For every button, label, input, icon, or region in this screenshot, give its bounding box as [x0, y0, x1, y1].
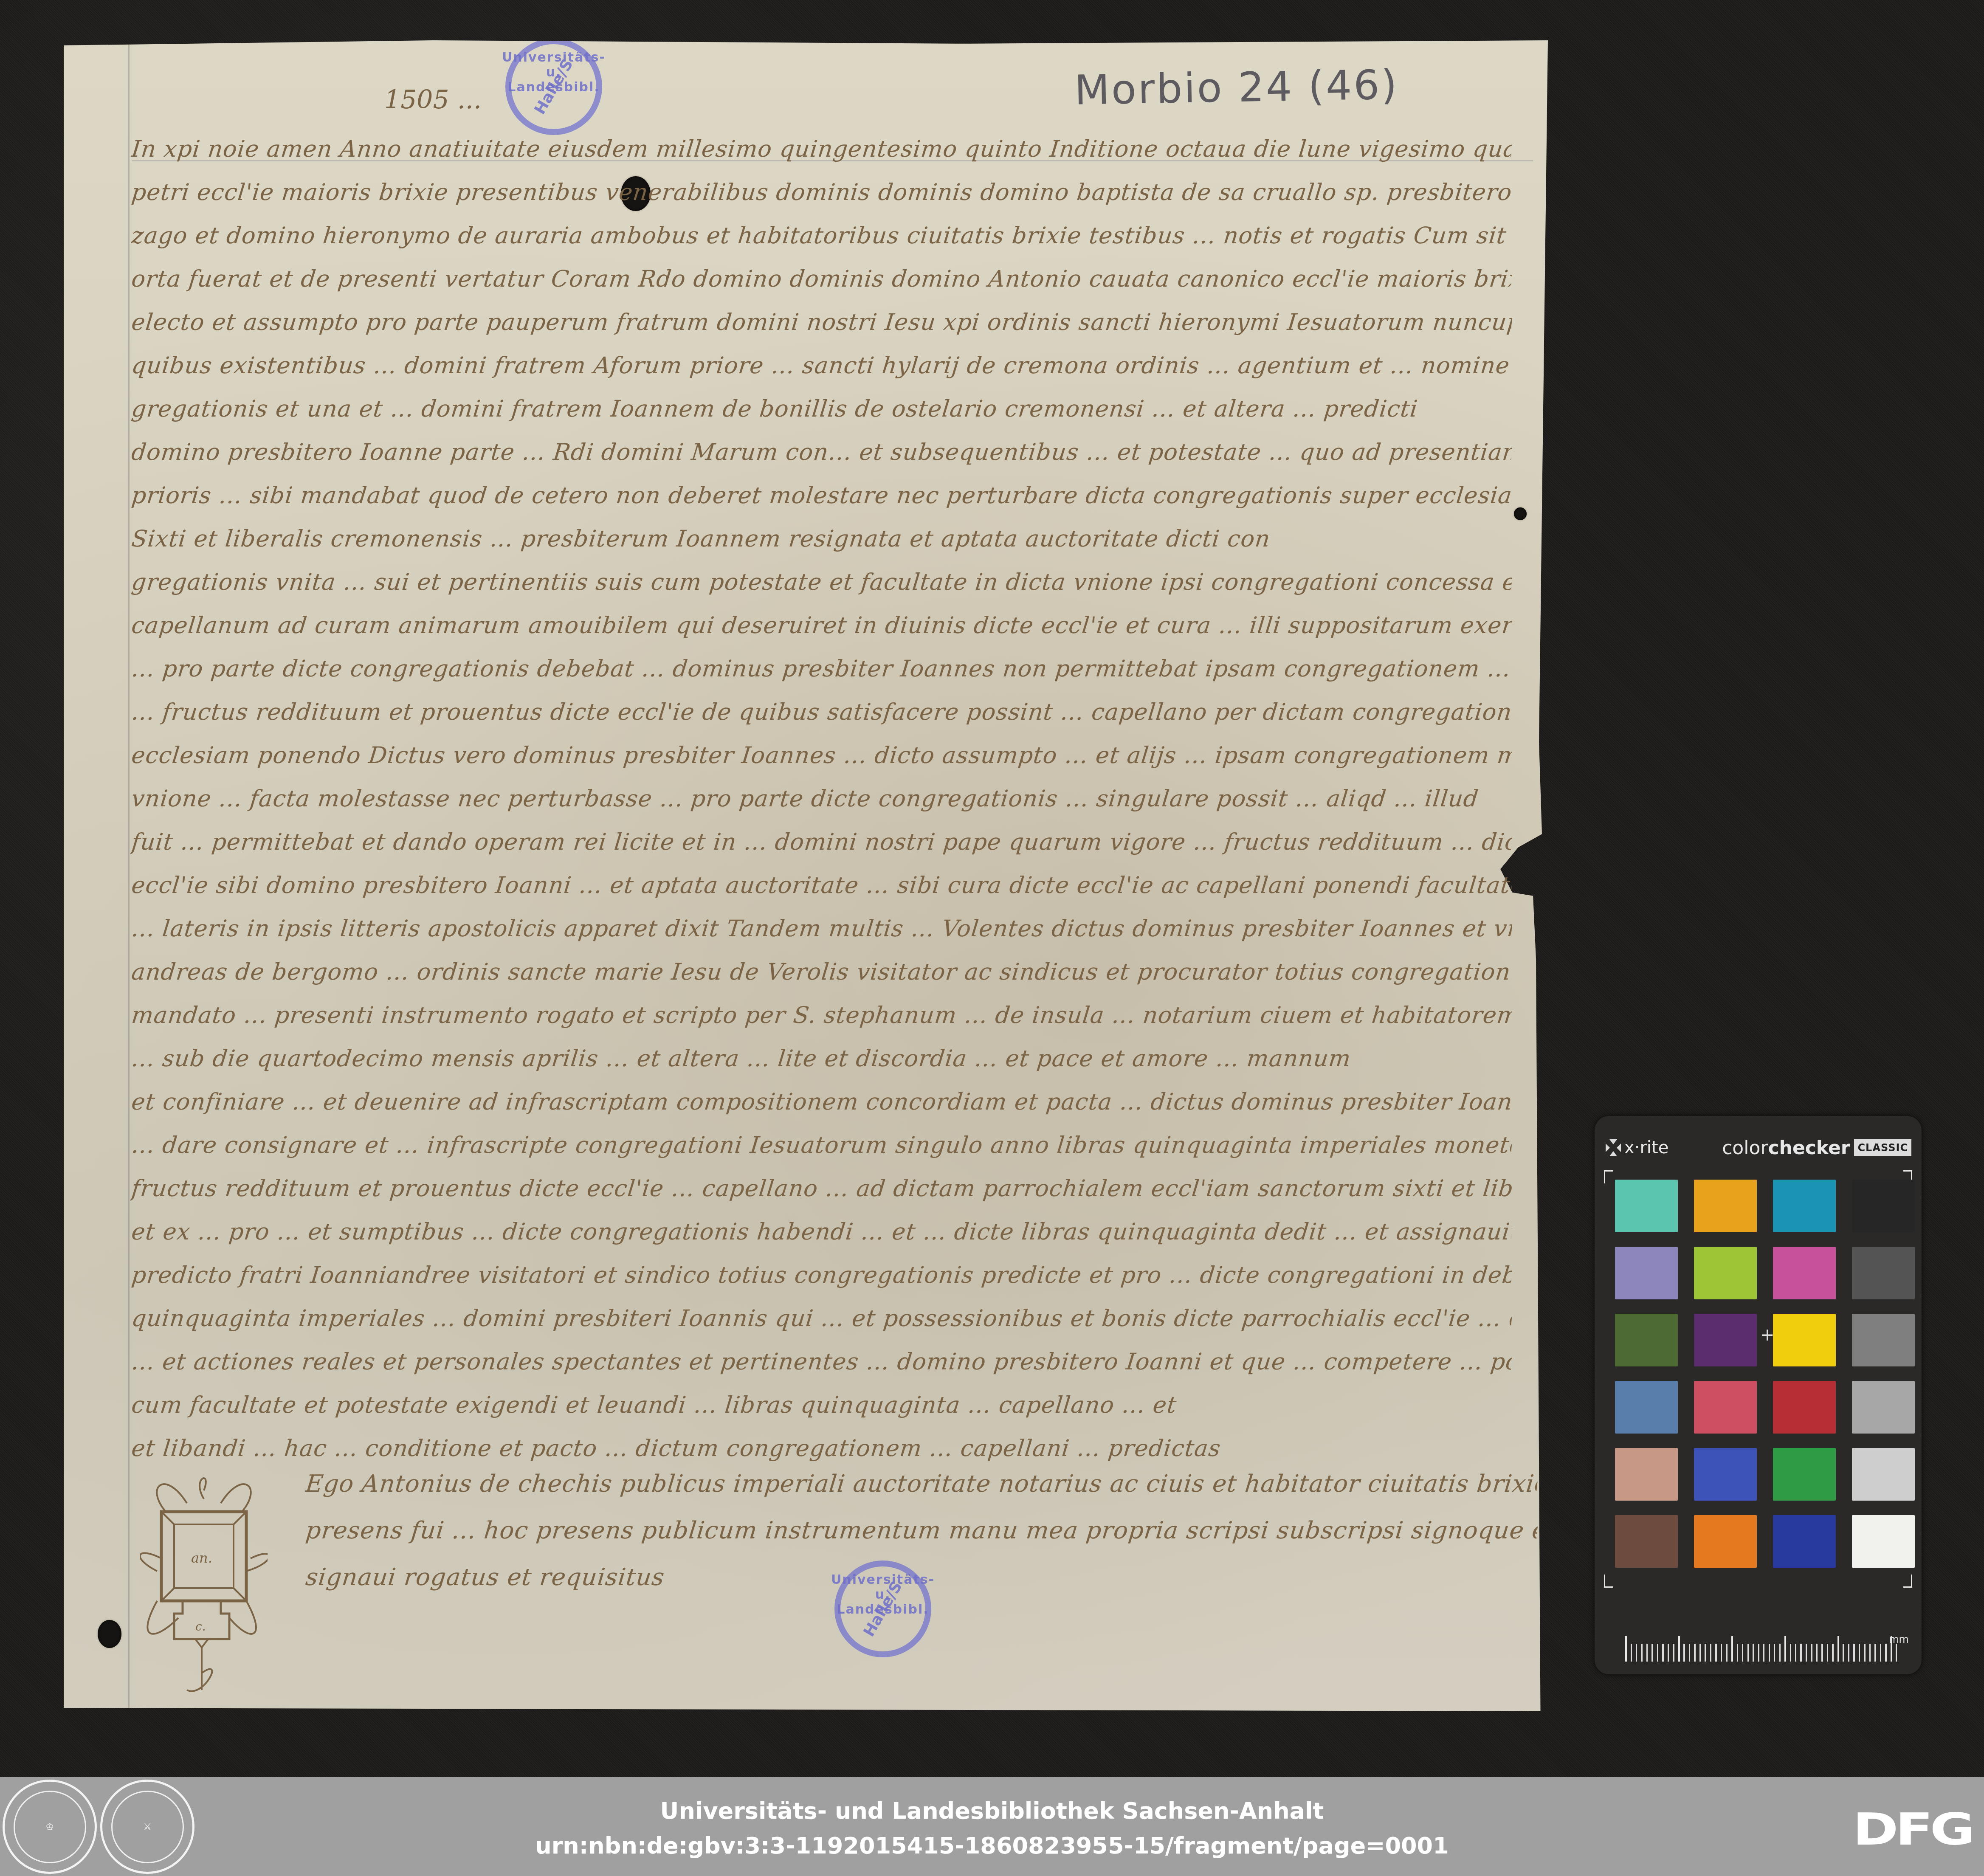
manuscript-line: quinquaginta imperiales ... domini presb… — [130, 1297, 1514, 1340]
registration-mark — [1604, 1575, 1613, 1588]
manuscript-line: mandato ... presenti instrumento rogato … — [130, 994, 1514, 1037]
manuscript-line: ... pro parte dicte congregationis debeb… — [130, 647, 1514, 690]
manuscript-line: ecclesiam ponendo Dictus vero dominus pr… — [130, 734, 1514, 777]
color-patch — [1694, 1314, 1757, 1366]
notary-signum-icon: an. c. — [140, 1461, 268, 1699]
manuscript-line: predicto fratri Ioanniandree visitatori … — [130, 1253, 1514, 1297]
color-patch — [1694, 1515, 1757, 1568]
manuscript-line: eccl'ie sibi domino presbitero Ioanni ..… — [130, 864, 1514, 907]
color-patch — [1852, 1381, 1915, 1434]
manuscript-line: domino presbitero Ioanne parte ... Rdi d… — [130, 431, 1514, 474]
color-patch — [1773, 1180, 1836, 1232]
xrite-logo: x·rite — [1606, 1138, 1668, 1158]
footer-bar: ♔ ⚔ Universitäts- und Landesbibliothek S… — [0, 1777, 1984, 1876]
xrite-icon — [1606, 1139, 1621, 1156]
manuscript-line: vnione ... facta molestasse nec perturba… — [130, 777, 1514, 820]
manuscript-line: prioris ... sibi mandabat quod de cetero… — [130, 474, 1514, 517]
dfg-logo: DFG — [1853, 1803, 1972, 1855]
manuscript-line: zago et domino hieronymo de auraria ambo… — [130, 214, 1514, 257]
university-seal-halle-icon: ♔ — [3, 1780, 97, 1874]
registration-mark — [1604, 1170, 1613, 1183]
manuscript-line: electo et assumpto pro parte pauperum fr… — [130, 301, 1514, 344]
color-patch — [1773, 1448, 1836, 1501]
ruler-unit-label: mm — [1889, 1634, 1909, 1645]
manuscript-line: ... et actiones reales et personales spe… — [130, 1340, 1514, 1383]
color-patch — [1615, 1381, 1678, 1434]
manuscript-line: orta fuerat et de presenti vertatur Cora… — [130, 257, 1514, 301]
manuscript-line: In xpi noie amen Anno anatiuitate eiusde… — [130, 127, 1514, 171]
color-patch — [1615, 1247, 1678, 1299]
color-patch — [1694, 1448, 1757, 1501]
manuscript-line: gregationis et una et ... domini fratrem… — [130, 387, 1514, 431]
colorchecker-light-text: color — [1722, 1137, 1768, 1159]
subscription-line: Ego Antonius de chechis publicus imperia… — [303, 1461, 1540, 1507]
color-patch — [1852, 1448, 1915, 1501]
parchment-hole — [1514, 507, 1527, 520]
ruled-margin-line — [128, 40, 130, 1711]
signum-upper-label: an. — [191, 1550, 212, 1566]
color-patch — [1694, 1381, 1757, 1434]
manuscript-line: et ex ... pro ... et sumptibus ... dicte… — [130, 1210, 1514, 1253]
manuscript-line: andreas de bergomo ... ordinis sancte ma… — [130, 950, 1514, 994]
manuscript-line: capellanum ad curam animarum amouibilem … — [130, 604, 1514, 647]
notary-subscription: Ego Antonius de chechis publicus imperia… — [306, 1461, 1537, 1601]
color-patch — [1852, 1515, 1915, 1568]
color-patch — [1773, 1381, 1836, 1434]
date-annotation: 1505 ... — [384, 85, 482, 115]
color-checker-header: x·rite color checker CLASSIC — [1595, 1133, 1922, 1163]
color-patch — [1773, 1515, 1836, 1568]
parchment-hole — [98, 1620, 121, 1648]
color-patch — [1615, 1180, 1678, 1232]
signum-lower-label: c. — [195, 1620, 206, 1634]
color-patch — [1694, 1247, 1757, 1299]
library-stamp-top: Universitäts- u. Landesbibl. Halle/S — [505, 38, 602, 135]
xrite-brand-text: x·rite — [1624, 1138, 1668, 1158]
color-patch — [1615, 1448, 1678, 1501]
color-patch — [1615, 1314, 1678, 1366]
manuscript-line: petri eccl'ie maioris brixie presentibus… — [130, 171, 1514, 214]
manuscript-body: In xpi noie amen Anno anatiuitate eiusde… — [132, 127, 1512, 1470]
color-patch — [1852, 1314, 1915, 1366]
manuscript-line: quibus existentibus ... domini fratrem A… — [130, 344, 1514, 387]
university-seal-wittenberg-icon: ⚔ — [100, 1780, 194, 1874]
color-patch — [1852, 1247, 1915, 1299]
color-patch-grid — [1615, 1180, 1915, 1568]
manuscript-line: et confiniare ... et deuenire ad infrasc… — [130, 1080, 1514, 1124]
crosshair-icon: + — [1760, 1327, 1775, 1344]
manuscript-line: Sixti et liberalis cremonensis ... presb… — [130, 517, 1514, 561]
registration-mark — [1903, 1575, 1912, 1588]
color-checker-card: x·rite color checker CLASSIC + mm — [1595, 1116, 1922, 1674]
mm-ruler-major-ticks — [1625, 1636, 1897, 1662]
institution-name: Universitäts- und Landesbibliothek Sachs… — [0, 1797, 1984, 1824]
manuscript-line: ... sub die quartodecimo mensis aprilis … — [130, 1037, 1514, 1080]
manuscript-line: gregationis vnita ... sui et pertinentii… — [130, 561, 1514, 604]
color-patch — [1694, 1180, 1757, 1232]
color-patch — [1773, 1247, 1836, 1299]
subscription-line: presens fui ... hoc presens publicum ins… — [303, 1507, 1540, 1554]
color-patch — [1773, 1314, 1836, 1366]
shelfmark-pencil: Morbio 24 (46) — [1074, 61, 1399, 114]
manuscript-line: cum facultate et potestate exigendi et l… — [130, 1383, 1514, 1427]
colorchecker-bold-text: checker — [1768, 1137, 1850, 1159]
color-patch — [1852, 1180, 1915, 1232]
classic-badge: CLASSIC — [1854, 1139, 1911, 1156]
manuscript-line: ... lateris in ipsis litteris apostolici… — [130, 907, 1514, 950]
subscription-line: signaui rogatus et requisitus — [303, 1554, 1540, 1601]
color-patch — [1615, 1515, 1678, 1568]
urn-link[interactable]: urn:nbn:de:gbv:3:3-1192015415-1860823955… — [0, 1832, 1984, 1859]
manuscript-line: ... dare consignare et ... infrascripte … — [130, 1124, 1514, 1167]
manuscript-line: fuit ... permittebat et dando operam rei… — [130, 820, 1514, 864]
manuscript-line: ... fructus reddituum et prouentus dicte… — [130, 690, 1514, 734]
manuscript-line: fructus reddituum et prouentus dicte ecc… — [130, 1167, 1514, 1210]
colorchecker-logo: color checker CLASSIC — [1722, 1137, 1911, 1159]
